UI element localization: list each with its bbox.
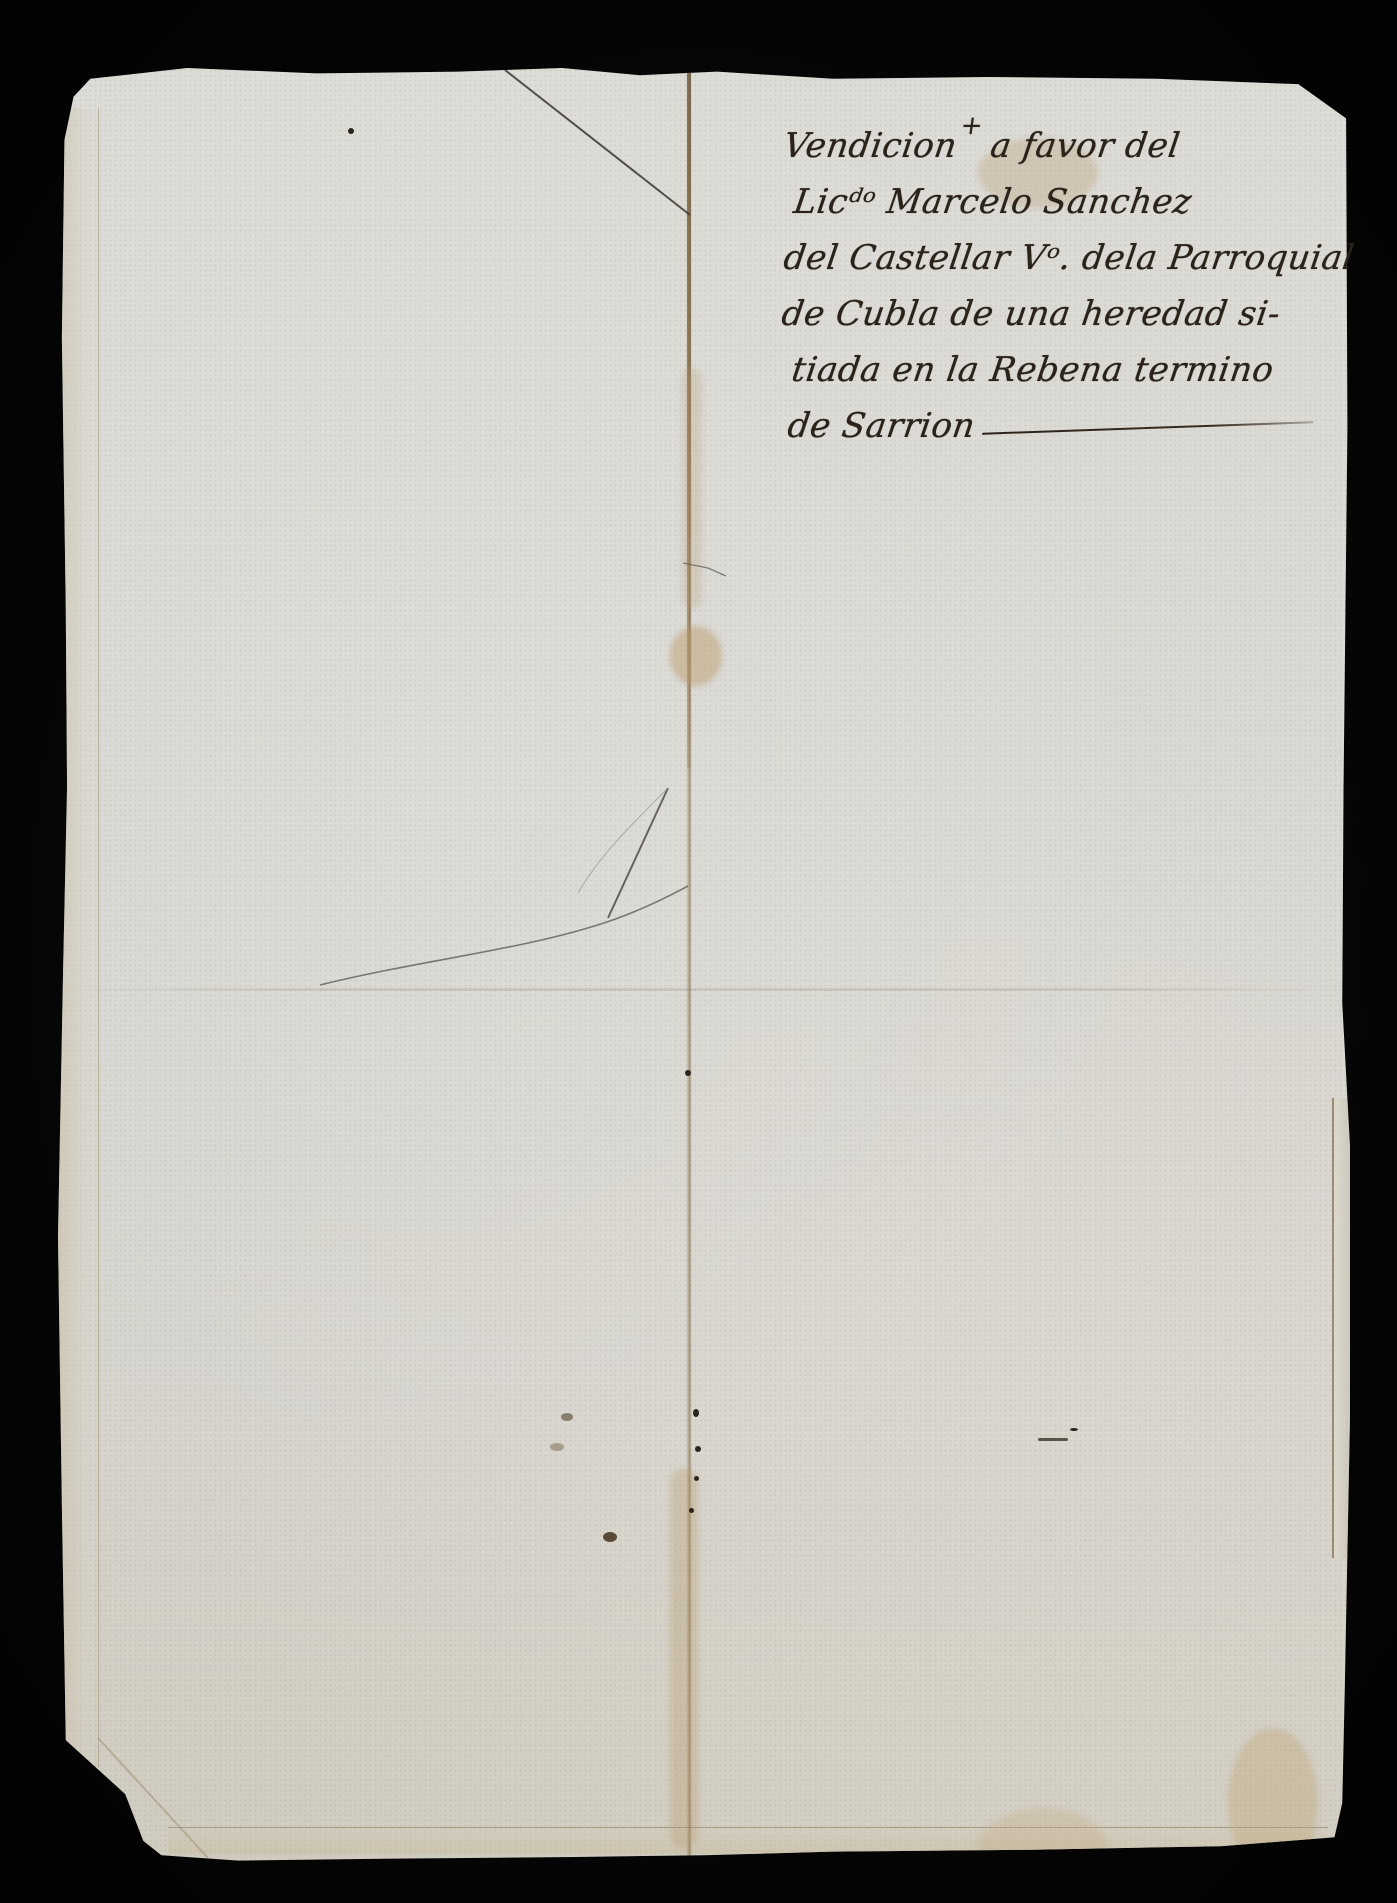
docket-line-6: de Sarrion <box>776 398 1364 454</box>
docket-line-6-text: de Sarrion <box>785 406 978 446</box>
wormhole <box>694 1476 699 1481</box>
handwritten-docket: + Vendicion a favor del Licᵈᵒ Marcelo Sa… <box>780 118 1360 454</box>
docket-line-1-rest: a favor del <box>988 126 1183 166</box>
speck <box>561 1413 573 1421</box>
docket-line-1: + Vendicion a favor del <box>776 118 1364 174</box>
docket-word-vendicion: Vendicion <box>781 126 959 166</box>
wormhole <box>689 1508 694 1513</box>
docket-line-4: de Cubla de una heredad si- <box>776 286 1364 342</box>
fold-stain <box>670 626 722 686</box>
speck <box>603 1532 617 1542</box>
stacked-leaves-right-edge <box>1332 1098 1350 1558</box>
speck <box>348 128 354 134</box>
speck <box>1070 1428 1078 1431</box>
docket-line-3: del Castellar Vᵒ. dela Parroquial <box>776 230 1364 286</box>
fold-stain-lower <box>670 1468 698 1848</box>
wormhole <box>685 1070 691 1076</box>
wormhole <box>695 1446 701 1452</box>
speck <box>550 1443 564 1451</box>
horizontal-crease <box>58 988 1350 991</box>
docket-line-5: tiada en la Rebena termino <box>776 342 1364 398</box>
wormhole <box>693 1409 699 1417</box>
fold-stain <box>682 368 702 608</box>
docket-line-2: Licᵈᵒ Marcelo Sanchez <box>776 174 1364 230</box>
stacked-leaves-left-edge <box>58 108 99 1768</box>
speck <box>1038 1438 1068 1441</box>
trailing-flourish-rule <box>982 421 1314 435</box>
